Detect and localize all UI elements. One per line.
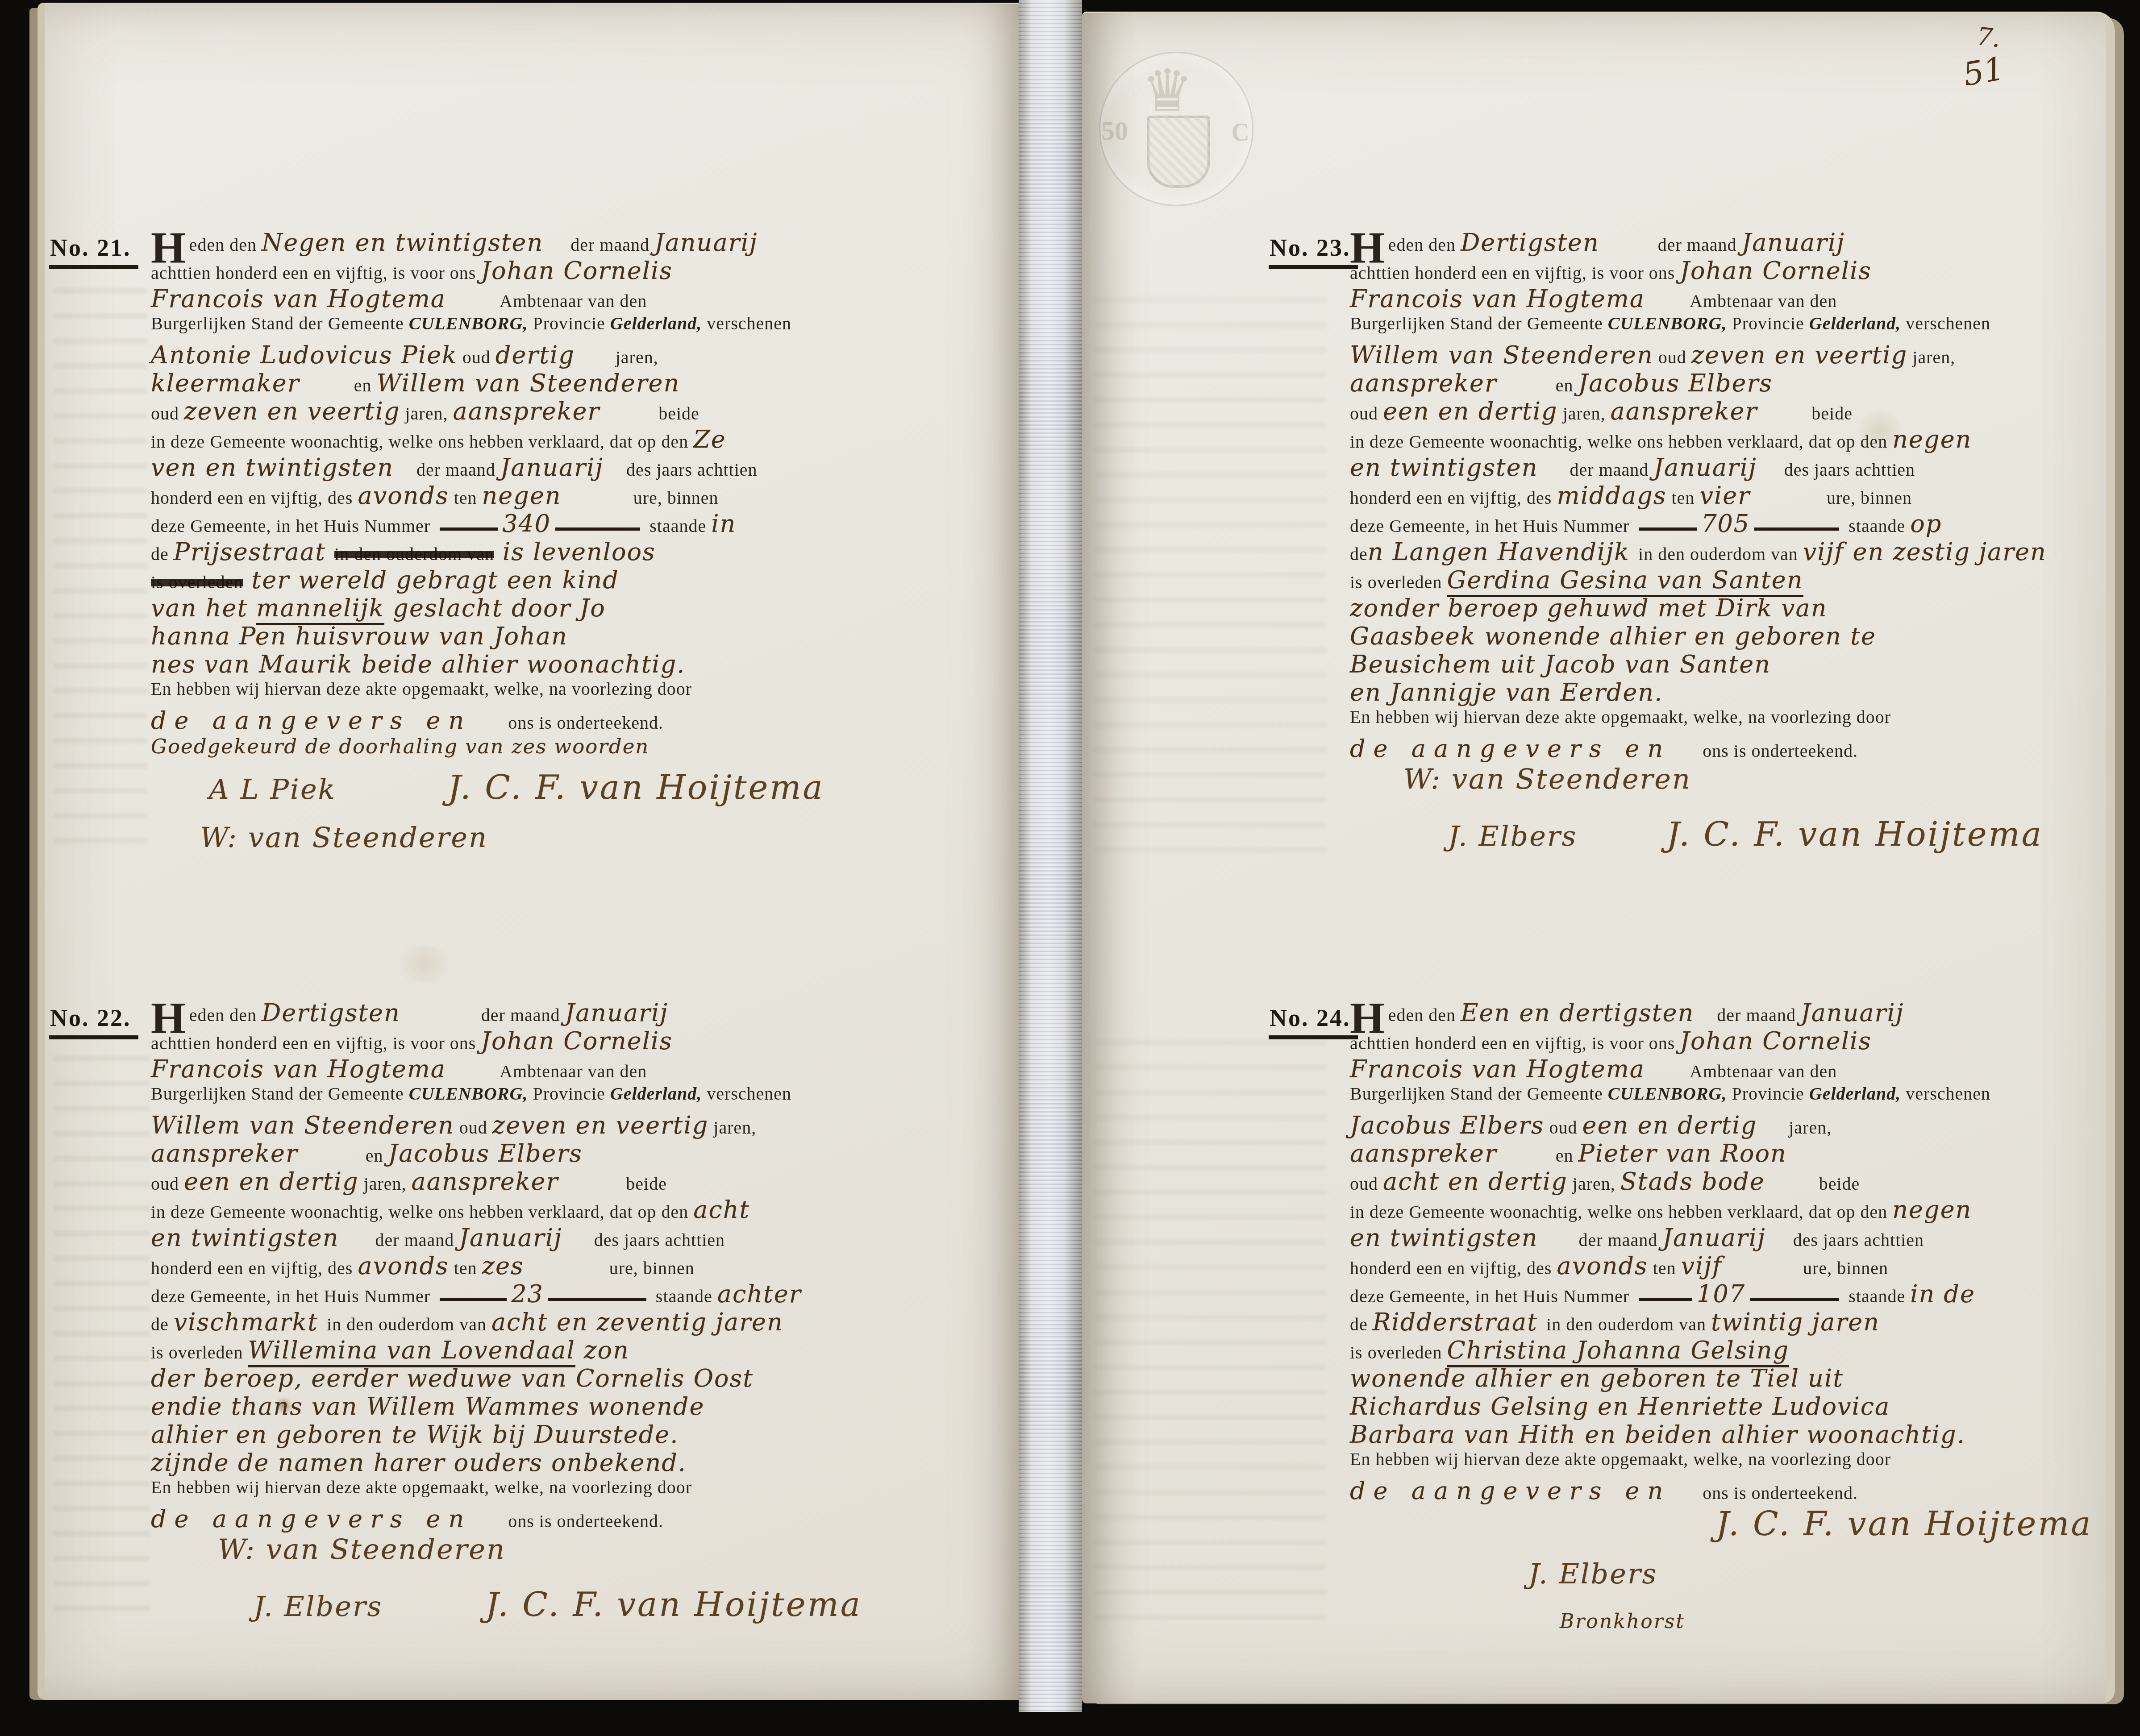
record-line: is overleden ter wereld gebragt een kind [151, 566, 1010, 594]
handwritten-text: zeven en veertig [184, 397, 400, 425]
handwritten-text: een en dertig [1383, 397, 1558, 425]
record-line: honderd een en vijftig, des avonds ten n… [151, 482, 1010, 510]
book-binding-gutter [1019, 0, 1082, 1712]
handwritten-text: aanspreker [1611, 397, 1758, 425]
printed-text: En hebben wij hiervan deze akte opgemaak… [151, 1477, 692, 1497]
printed-text: de [1350, 1314, 1373, 1334]
record-line: J. ElbersJ. C. F. van Hoijtema [151, 1586, 1010, 1638]
handwritten-text: Gerdina Gesina van Santen [1447, 566, 1803, 597]
handwritten-text: Jacobus Elbers [388, 1139, 583, 1167]
handwritten-text: Januarij [1801, 999, 1904, 1027]
record-line: Willem van Steenderen oud zeven en veert… [1350, 341, 2103, 369]
signature: W: van Steenderen [218, 1533, 506, 1566]
handwritten-text: dertig [495, 341, 575, 369]
spacer [1757, 475, 1779, 476]
spacer [383, 1616, 485, 1616]
printed-text: oud [454, 1117, 492, 1138]
printed-text: deze Gemeente, in het Huis Nummer [151, 516, 435, 536]
record-number: No. 21. [49, 234, 138, 269]
handwritten-text: zonder beroep gehuwd met Dirk van [1350, 594, 1828, 622]
record-line: is overleden Willemina van Lovendaal zon [151, 1336, 1010, 1364]
printed-text: Provincie [528, 1084, 610, 1104]
record-line: Barbara van Hith en beiden alhier woonac… [1350, 1420, 2103, 1449]
embossed-tax-stamp: ♛ 50 C [1099, 52, 1253, 206]
record-line: oud een en dertig jaren, aanspreker beid… [1350, 397, 2103, 425]
handwritten-text: achter [717, 1280, 802, 1308]
spacer [1538, 475, 1565, 476]
handwritten-text: mannelijk [256, 594, 384, 625]
printed-text: ure, binnen [1798, 1258, 1888, 1278]
handwritten-text: Gaasbeek wonende alhier en geboren te [1350, 622, 1876, 650]
printed-text: beide [1814, 1174, 1860, 1194]
fill-in-rule [555, 527, 640, 531]
handwritten-text: de aangevers en [151, 706, 472, 735]
spacer [1350, 1535, 1716, 1535]
printed-text: verschenen [702, 1084, 791, 1104]
printed-text: honderd een en vijftig, des [1350, 488, 1557, 508]
handwritten-text: Francois van Hogtema [1350, 1055, 1645, 1083]
record-line: achttien honderd een en vijftig, is voor… [151, 257, 1010, 285]
handwritten-text: ter wereld gebragt een kind [243, 566, 619, 594]
handwritten-text: endie thans van Willem Wammes wonende [151, 1392, 704, 1420]
handwritten-text: 340 [502, 510, 551, 538]
printed-text: ten [1667, 488, 1700, 508]
spacer [1350, 788, 1403, 789]
fill-in-rule [1750, 1298, 1839, 1301]
spacer [1671, 1499, 1698, 1499]
handwritten-text: hanna Pen huisvrouw van Johan [151, 622, 568, 650]
handwritten-text: de aangevers en [1350, 1477, 1671, 1505]
record-line: kleermaker en Willem van Steenderen [151, 369, 1010, 397]
printed-text: Provincie [1727, 1084, 1809, 1104]
handwritten-text: ven en twintigsten [151, 453, 394, 482]
record-line: W: van Steenderen [151, 821, 1010, 874]
record-line: Beusichem uit Jacob van Santen [1350, 650, 2103, 678]
printed-text: ten [449, 1258, 482, 1278]
fill-in-rule [1639, 527, 1697, 531]
record-line: Burgerlijken Stand der Gemeente CULENBOR… [1350, 313, 2103, 341]
spacer [151, 847, 200, 847]
record-line: in deze Gemeente woonachtig, welke ons h… [1350, 1196, 2103, 1224]
record-line: hanna Pen huisvrouw van Johan [151, 622, 1010, 650]
handwritten-text: Johan Cornelis [1680, 1027, 1872, 1055]
printed-text: oud [1350, 403, 1383, 424]
signature: J. C. F. van Hoijtema [1666, 815, 2043, 854]
spacer [1497, 391, 1551, 391]
signature: Bronkhorst [1560, 1610, 1685, 1633]
handwritten-text: Dertigsten [262, 999, 400, 1027]
record-line: aanspreker en Jacobus Elbers [151, 1139, 1010, 1167]
record-number: No. 23. [1269, 234, 1358, 269]
handwritten-text: en twintigsten [1350, 1224, 1538, 1252]
handwritten-text: Stads bode [1620, 1167, 1765, 1196]
handwritten-text: alhier en geboren te Wijk bij Duurstede. [151, 1420, 679, 1449]
printed-text: beide [621, 1174, 667, 1194]
record-line: de aangevers en ons is onderteekend. [151, 1505, 1010, 1533]
folio-number-secondary: 51 [1960, 50, 2007, 94]
printed-text: achttien honderd een en vijftig, is voor… [151, 1033, 481, 1053]
spacer [562, 503, 629, 504]
handwritten-text: Ridderstraat [1373, 1308, 1546, 1336]
handwritten-text: en twintigsten [1350, 453, 1538, 482]
handwritten-text: Willem van Steenderen [1350, 341, 1653, 369]
handwritten-text: kleermaker [151, 369, 300, 397]
handwritten-text: van het [151, 594, 256, 622]
handwritten-text: aanspreker [453, 397, 600, 425]
record-line: en twintigsten der maand Januarij des ja… [151, 1224, 1010, 1252]
printed-text: in deze Gemeente woonachtig, welke ons h… [151, 1202, 693, 1222]
spacer [600, 419, 654, 419]
record-line: de aangevers en ons is onderteekend. [1350, 735, 2103, 763]
printed-text: verschenen [702, 313, 791, 333]
printed-text: ten [449, 488, 482, 508]
printed-text: jaren, [1784, 1117, 1832, 1138]
handwritten-text: op [1910, 510, 1942, 538]
printed-text: jaren, [359, 1174, 412, 1194]
handwritten-text: middags [1557, 482, 1666, 510]
printed-text: oud [1350, 1174, 1383, 1194]
record-line: alhier en geboren te Wijk bij Duurstede. [151, 1420, 1010, 1449]
record-line: achttien honderd een en vijftig, is voor… [1350, 1027, 2103, 1055]
spacer [1766, 1246, 1788, 1246]
printed-text: honderd een en vijftig, des [1350, 1258, 1557, 1278]
fill-in-rule [548, 1298, 646, 1301]
printed-text: de [1350, 544, 1368, 564]
printed-text: eden den [189, 1005, 262, 1025]
printed-text: oud [458, 347, 495, 367]
printed-text: ons is onderteekend. [503, 713, 663, 733]
signature: J. Elbers [254, 1590, 383, 1623]
spacer [1765, 1189, 1814, 1190]
spacer [604, 475, 621, 476]
handwritten-text: en twintigsten [151, 1224, 339, 1252]
handwritten-text: Januarij [1653, 453, 1757, 482]
handwritten-text: en Jannigje van Eerden. [1350, 678, 1663, 706]
spacer [446, 307, 500, 307]
spacer [472, 728, 503, 729]
record-line: Willem van Steenderen oud zeven en veert… [151, 1111, 1010, 1139]
handwritten-text: aanspreker [151, 1139, 298, 1167]
record-line: oud acht en dertig jaren, Stads bode bei… [1350, 1167, 2103, 1196]
printed-text: en [349, 375, 377, 395]
printed-text: CULENBORG, [1608, 313, 1727, 333]
handwritten-text: aanspreker [412, 1167, 559, 1196]
record-line: J. C. F. van Hoijtema [1350, 1505, 2103, 1557]
fill-in-rule [1754, 527, 1839, 531]
handwritten-text: Januarij [459, 1224, 562, 1252]
printed-text: deze Gemeente, in het Huis Nummer [1350, 516, 1634, 536]
handwritten-text: vier [1699, 482, 1750, 510]
spacer [558, 1189, 621, 1190]
printed-text: en [1551, 375, 1578, 395]
handwritten-text: negen [482, 482, 562, 510]
record-line: in deze Gemeente woonachtig, welke ons h… [151, 1196, 1010, 1224]
fill-in-rule [1639, 1298, 1692, 1301]
record-number: No. 22. [49, 1004, 138, 1039]
spacer [394, 475, 412, 476]
printed-text: Burgerlijken Stand der Gemeente [151, 1084, 409, 1104]
record-line: is overleden Christina Johanna Gelsing [1350, 1336, 2103, 1364]
handwritten-text: in de [1910, 1280, 1975, 1308]
record-line: aanspreker en Pieter van Roon [1350, 1139, 2103, 1167]
printed-text: deze Gemeente, in het Huis Nummer [151, 1286, 435, 1306]
printed-text: Gelderland, [1809, 313, 1901, 333]
printed-text: is overleden [1350, 1342, 1447, 1362]
printed-text: verschenen [1901, 1084, 1990, 1104]
printed-text: beide [654, 403, 699, 424]
handwritten-text: Januarij [654, 228, 758, 257]
handwritten-text: n Langen Havendijk [1368, 538, 1638, 566]
spacer [1350, 845, 1448, 846]
printed-text: des jaars achttien [1788, 1230, 1924, 1250]
record-line: J. Elbers [1350, 1557, 2103, 1610]
handwritten-text: vijf en zestig jaren [1803, 538, 2047, 566]
handwritten-text: zeven en veertig [1691, 341, 1908, 369]
printed-text: der maand [1712, 1005, 1801, 1025]
printed-text: oud [1653, 347, 1691, 367]
handwritten-text: 705 [1701, 510, 1750, 538]
spacer [400, 1021, 476, 1021]
printed-text: in den ouderdom van [1546, 1314, 1711, 1334]
spacer [562, 1246, 589, 1246]
printed-text: achttien honderd een en vijftig, is voor… [151, 263, 481, 283]
record-line: deze Gemeente, in het Huis Nummer 107 st… [1350, 1280, 2103, 1308]
printed-text: des jaars achttien [621, 460, 757, 480]
record-line: de Prijsestraat in den ouderdom van is l… [151, 538, 1010, 566]
record-line: oud zeven en veertig jaren, aanspreker b… [151, 397, 1010, 425]
printed-text: in den ouderdom van [1638, 544, 1803, 564]
signature: J. C. F. van Hoijtema [1716, 1505, 2092, 1543]
printed-text: der maand [1653, 235, 1742, 255]
spacer [1757, 1133, 1784, 1134]
handwritten-text: vijf [1681, 1252, 1723, 1280]
record-line: achttien honderd een en vijftig, is voor… [151, 1027, 1010, 1055]
spacer [1350, 1583, 1528, 1583]
printed-text: ure, binnen [1822, 488, 1912, 508]
printed-text: Gelderland, [1809, 1084, 1901, 1104]
handwritten-text: acht [693, 1196, 750, 1224]
spacer [1694, 1021, 1712, 1021]
printed-text: verschenen [1901, 313, 1990, 333]
handwritten-text: Antonie Ludovicus Piek [151, 341, 458, 369]
spacer [575, 363, 611, 363]
handwritten-text: Januarij [1662, 1224, 1765, 1252]
record-line: Burgerlijken Stand der Gemeente CULENBOR… [151, 313, 1010, 341]
signature: J. Elbers [1528, 1557, 1657, 1590]
stamp-value: 50 [1101, 116, 1128, 146]
record-line: W: van Steenderen [151, 1533, 1010, 1586]
printed-text: staande [645, 516, 711, 536]
signature: W: van Steenderen [200, 821, 488, 854]
printed-text: en [1551, 1146, 1578, 1166]
record-line: de vischmarkt in den ouderdom van acht e… [151, 1308, 1010, 1336]
printed-text: de [151, 1314, 174, 1334]
handwritten-text: Jacobus Elbers [1578, 369, 1773, 397]
handwritten-text: zes [482, 1252, 524, 1280]
record-body: Heden den Negen en twintigsten der maand… [151, 228, 1010, 874]
death-record-21: No. 21. Heden den Negen en twintigsten d… [47, 228, 1016, 874]
printed-text: ten [1648, 1258, 1681, 1278]
record-line: En hebben wij hiervan deze akte opgemaak… [151, 1477, 1010, 1505]
record-line: oud een en dertig jaren, aanspreker beid… [151, 1167, 1010, 1196]
handwritten-text: in [711, 510, 736, 538]
record-line: endie thans van Willem Wammes wonende [151, 1392, 1010, 1420]
handwritten-text: Francois van Hogtema [151, 285, 446, 313]
record-line: Francois van HogtemaAmbtenaar van den [151, 285, 1010, 313]
record-line: honderd een en vijftig, des avonds ten z… [151, 1252, 1010, 1280]
record-line: W: van Steenderen [1350, 763, 2103, 815]
printed-text: in deze Gemeente woonachtig, welke ons h… [151, 432, 693, 452]
book-scan: ♛ 50 C 7. 51 No. 21. Heden den Negen en … [0, 0, 2140, 1736]
spacer [1497, 1161, 1551, 1162]
handwritten-text: Johan Cornelis [481, 257, 673, 285]
record-line: J. ElbersJ. C. F. van Hoijtema [1350, 815, 2103, 868]
handwritten-text: nes van Maurik beide alhier woonachtig. [151, 650, 685, 678]
printed-text: der maand [566, 235, 654, 255]
record-line: de aangevers en ons is onderteekend. [1350, 1477, 2103, 1505]
printed-text: eden den [1388, 235, 1461, 255]
handwritten-text: de aangevers en [1350, 735, 1671, 763]
record-line: Heden den Een en dertigsten der maand Ja… [1350, 999, 2103, 1027]
handwritten-text: Pieter van Roon [1578, 1139, 1786, 1167]
handwritten-text: negen [1892, 425, 1972, 453]
signature: J. C. F. van Hoijtema [448, 768, 824, 807]
record-line: aanspreker en Jacobus Elbers [1350, 369, 2103, 397]
printed-text: der maand [1565, 460, 1654, 480]
printed-text: jaren, [1568, 1174, 1620, 1194]
folio-number: 7. [1975, 22, 2002, 53]
handwritten-text: Willem van Steenderen [151, 1111, 454, 1139]
handwritten-text: vischmarkt [174, 1308, 327, 1336]
record-line: Heden den Dertigsten der maand Januarij [1350, 228, 2103, 257]
printed-text: eden den [1388, 1005, 1461, 1025]
death-record-22: No. 22. Heden den Dertigsten der maand J… [47, 999, 1016, 1638]
handwritten-text: zon [575, 1336, 629, 1364]
stamp-currency: C [1232, 118, 1249, 147]
record-line: deze Gemeente, in het Huis Nummer 23 sta… [151, 1280, 1010, 1308]
shield-icon [1147, 116, 1210, 188]
record-line: in deze Gemeente woonachtig, welke ons h… [151, 425, 1010, 453]
handwritten-text: is levenloos [494, 538, 656, 566]
spacer [1599, 250, 1653, 251]
record-line: A L PiekJ. C. F. van Hoijtema [151, 768, 1010, 821]
printed-text: der maand [1574, 1230, 1663, 1250]
handwritten-text: Francois van Hogtema [1350, 285, 1645, 313]
printed-text: staande [1844, 516, 1910, 536]
handwritten-text: Johan Cornelis [481, 1027, 673, 1055]
handwritten-text: Ze [693, 425, 726, 453]
record-line: Jacobus Elbers oud een en dertig jaren, [1350, 1111, 2103, 1139]
spacer [543, 250, 566, 251]
printed-text: Ambtenaar van den [500, 1061, 647, 1081]
printed-text: Burgerlijken Stand der Gemeente [151, 313, 409, 333]
printed-text: oud [1545, 1117, 1582, 1138]
handwritten-text: twintig jaren [1711, 1308, 1880, 1336]
handwritten-text: Dertigsten [1461, 228, 1599, 257]
printed-text: jaren, [400, 403, 453, 424]
printed-text: CULENBORG, [409, 313, 528, 333]
handwritten-text: Negen en twintigsten [262, 228, 543, 257]
record-line: Francois van HogtemaAmbtenaar van den [151, 1055, 1010, 1083]
spacer [1757, 419, 1807, 419]
record-line: en twintigsten der maand Januarij des ja… [1350, 453, 2103, 482]
record-line: Antonie Ludovicus Piek oud dertig jaren, [151, 341, 1010, 369]
handwritten-text: geslacht door Jo [384, 594, 605, 622]
printed-text: Burgerlijken Stand der Gemeente [1350, 1084, 1608, 1104]
printed-text: staande [1844, 1286, 1910, 1306]
record-body: Heden den Dertigsten der maand Januarija… [1350, 228, 2103, 868]
record-line: achttien honderd een en vijftig, is voor… [1350, 257, 2103, 285]
printed-text: der maand [476, 1005, 565, 1025]
printed-text: CULENBORG, [409, 1084, 528, 1104]
record-line: der beroep, eerder weduwe van Cornelis O… [151, 1364, 1010, 1392]
handwritten-text: Francois van Hogtema [151, 1055, 446, 1083]
printed-text: deze Gemeente, in het Huis Nummer [1350, 1286, 1634, 1306]
handwritten-text: zeven en veertig [492, 1111, 709, 1139]
handwritten-text: avonds [358, 1252, 449, 1280]
record-line: is overleden Gerdina Gesina van Santen [1350, 566, 2103, 594]
printed-text: honderd een en vijftig, des [151, 488, 358, 508]
record-line: van het mannelijk geslacht door Jo [151, 594, 1010, 622]
spacer [1645, 307, 1690, 307]
record-line: honderd een en vijftig, des avonds ten v… [1350, 1252, 2103, 1280]
record-line: ven en twintigsten der maand Januarij de… [151, 453, 1010, 482]
signature: A L Piek [209, 773, 336, 806]
record-line: Gaasbeek wonende alhier en geboren te [1350, 622, 2103, 650]
handwritten-text: Januarij [1742, 228, 1845, 257]
handwritten-text: Januarij [565, 999, 668, 1027]
spacer [1538, 1246, 1574, 1246]
handwritten-text: 107 [1697, 1280, 1745, 1308]
spacer [1350, 1628, 1560, 1628]
record-line: Heden den Dertigsten der maand Januarij [151, 999, 1010, 1027]
handwritten-text: Richardus Gelsing en Henriette Ludovica [1350, 1392, 1890, 1420]
handwritten-text: Goedgekeurd de doorhaling van zes woorde… [151, 735, 649, 758]
printed-text: is overleden [1350, 572, 1447, 592]
printed-text: jaren, [611, 347, 658, 367]
handwritten-text: een en dertig [1582, 1111, 1757, 1139]
handwritten-text: Barbara van Hith en beiden alhier woonac… [1350, 1420, 1965, 1449]
signature: J. Elbers [1448, 820, 1577, 852]
record-line: wonende alhier en geboren te Tiel uit [1350, 1364, 2103, 1392]
record-line: den Langen Havendijk in den ouderdom van… [1350, 538, 2103, 566]
record-line: zijnde de namen harer ouders onbekend. [151, 1449, 1010, 1477]
record-line: in deze Gemeente woonachtig, welke ons h… [1350, 425, 2103, 453]
spacer [1645, 1077, 1690, 1077]
spacer [1577, 845, 1666, 846]
printed-text: achttien honderd een en vijftig, is voor… [1350, 263, 1680, 283]
printed-text: jaren, [1907, 347, 1955, 367]
printed-text: in deze Gemeente woonachtig, welke ons h… [1350, 432, 1892, 452]
printed-text: der maand [412, 460, 500, 480]
spacer [524, 1274, 604, 1274]
record-line: Francois van HogtemaAmbtenaar van den [1350, 1055, 2103, 1083]
handwritten-text: Christina Johanna Gelsing [1447, 1336, 1789, 1367]
printed-text: ure, binnen [604, 1258, 695, 1278]
printed-text: En hebben wij hiervan deze akte opgemaak… [1350, 707, 1891, 727]
spacer [1671, 756, 1698, 757]
record-body: Heden den Dertigsten der maand Januarija… [151, 999, 1010, 1638]
printed-text: Burgerlijken Stand der Gemeente [1350, 313, 1608, 333]
printed-text: honderd een en vijftig, des [151, 1258, 358, 1278]
handwritten-text: een en dertig [184, 1167, 359, 1196]
printed-text: ons is onderteekend. [1698, 741, 1858, 761]
record-line: Richardus Gelsing en Henriette Ludovica [1350, 1392, 2103, 1420]
printed-text: jaren, [708, 1117, 756, 1138]
printed-text: ure, binnen [629, 488, 719, 508]
spacer [339, 1246, 371, 1246]
printed-text: Ambtenaar van den [1690, 1061, 1837, 1081]
